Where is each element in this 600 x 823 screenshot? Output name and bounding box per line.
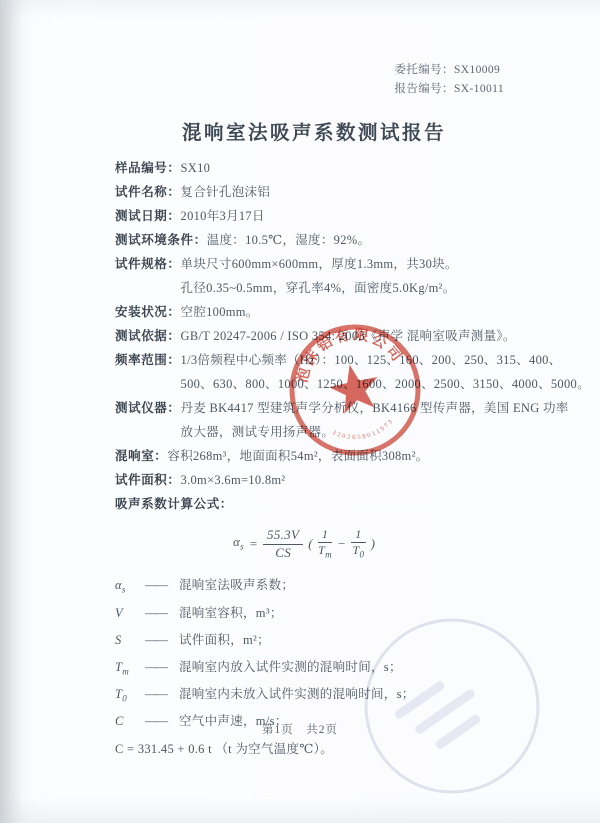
definition-symbol: T0: [115, 683, 145, 710]
field-row-test-date: 测试日期： 2010年3月17日: [115, 204, 560, 228]
star-icon: [325, 359, 383, 415]
formula-close-paren: ): [371, 537, 376, 551]
field-label: 测试仪器：: [115, 396, 181, 420]
field-label: 样品编号：: [115, 156, 181, 180]
field-value: 3.0m×3.6m=10.8m²: [181, 468, 286, 492]
field-value: 单块尺寸600mm×600mm，厚度1.3mm，共30块。: [181, 252, 458, 276]
header-meta: 委托编号：SX10009 报告编号：SX-10011: [394, 61, 504, 99]
definition-symbol: Tm: [115, 656, 145, 683]
field-label: 测试日期：: [115, 204, 181, 228]
formula-fraction-t0: 1 T0: [351, 528, 365, 560]
page-title: 混响室法吸声系数测试报告: [14, 117, 600, 145]
field-value: 2010年3月17日: [181, 204, 265, 228]
field-value: 复合针孔泡沫铝: [181, 180, 271, 204]
faint-seal-marks: [393, 668, 490, 759]
formula-open-paren: (: [308, 537, 313, 551]
field-label: 吸声系数计算公式：: [115, 492, 233, 516]
definition-dash: ——: [145, 629, 179, 652]
faint-purple-seal: [352, 606, 552, 806]
commission-number: SX10009: [454, 64, 500, 76]
definition-symbol: V: [115, 602, 145, 629]
definition-text: 混响室容积，m³；: [179, 602, 283, 625]
definition-text: 混响室法吸声系数；: [179, 574, 294, 597]
definition-dash: ——: [145, 602, 179, 625]
field-label: 混响室：: [115, 444, 167, 468]
red-company-seal: 泡沫铝有限公司 3202058011973: [254, 289, 456, 491]
formula-main-fraction: 55.3V CS: [263, 528, 303, 560]
definition-symbol: S: [115, 629, 145, 656]
report-number-line: 报告编号：SX-10011: [394, 80, 504, 99]
field-label: 试件名称：: [115, 180, 181, 204]
field-label: 测试依据：: [115, 324, 181, 348]
definition-symbol: αs: [115, 574, 145, 601]
formula-alpha: αs: [233, 535, 244, 552]
definition-dash: ——: [145, 656, 179, 679]
field-row-formula-heading: 吸声系数计算公式：: [115, 492, 560, 516]
definition-alpha: αs —— 混响室法吸声系数；: [115, 574, 560, 601]
field-row-specimen-spec: 试件规格： 单块尺寸600mm×600mm，厚度1.3mm，共30块。 孔径0.…: [115, 252, 560, 300]
report-number: SX-10011: [454, 83, 504, 95]
field-value: SX10: [181, 156, 211, 180]
commission-label: 委托编号：: [394, 64, 454, 76]
definition-dash: ——: [145, 574, 179, 597]
field-label: 试件面积：: [115, 468, 181, 492]
commission-number-line: 委托编号：SX10009: [394, 61, 504, 80]
definition-dash: ——: [145, 683, 179, 706]
formula-minus: −: [337, 537, 346, 551]
field-row-environment: 测试环境条件： 温度：10.5℃，湿度：92%。: [115, 228, 560, 252]
field-row-specimen-name: 试件名称： 复合针孔泡沫铝: [115, 180, 560, 204]
field-label: 安装状况：: [115, 300, 181, 324]
report-label: 报告编号：: [394, 83, 454, 95]
field-row-sample-no: 样品编号： SX10: [115, 156, 560, 180]
field-value: 空腔100mm。: [181, 300, 259, 324]
formula-equals: =: [249, 537, 258, 551]
definition-text: 试件面积，m²；: [179, 629, 270, 652]
formula-fraction-tm: 1 Tm: [318, 528, 332, 560]
field-value: 温度：10.5℃，湿度：92%。: [207, 228, 371, 252]
field-label: 频率范围：: [115, 348, 181, 372]
absorption-coefficient-formula: αs = 55.3V CS ( 1 Tm − 1 T0 ): [233, 528, 560, 560]
field-label: 测试环境条件：: [115, 228, 207, 252]
field-label: 试件规格：: [115, 252, 181, 276]
